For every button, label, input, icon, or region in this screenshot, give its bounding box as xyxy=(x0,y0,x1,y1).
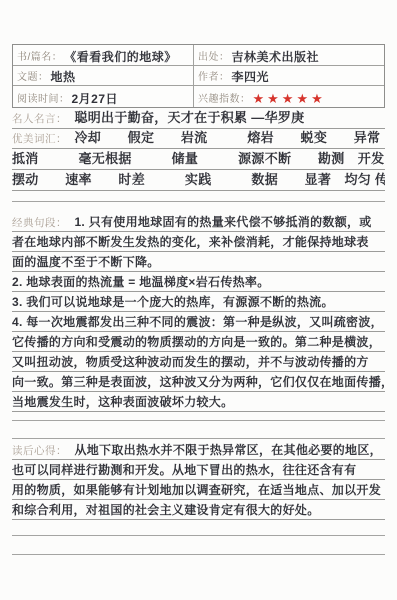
reflection-line: 读后心得： 从地下取出热水并不限于热异常区，在其他必要的地区， xyxy=(12,440,385,460)
interest-cell: 兴趣指数： ★★★★★ xyxy=(194,86,384,107)
ruled-line-empty xyxy=(12,516,385,536)
article-title-value: 地热 xyxy=(51,70,76,84)
reflection-text: 从地下取出热水并不限于热异常区，在其他必要的地区， xyxy=(74,443,382,457)
classic-line: 又叫扭动波，物质受这种波动而发生的摆动，并不与波动传播的方 xyxy=(12,352,385,372)
interest-stars: ★★★★★ xyxy=(253,92,326,106)
author-value: 李四光 xyxy=(232,70,270,84)
vocab-section: 优美词汇： 冷却 假定 岩流 熔岩 蜕变 异常 抵消 毫无根据 储量 源源不断 … xyxy=(12,128,385,191)
reflection-line: 用的物质，如果能够有计划地加以调查研究，在适当地点、加以开发 xyxy=(12,480,385,500)
book-title-value: 《看看我们的地球》 xyxy=(64,50,177,64)
classic-label: 经典句段： xyxy=(12,217,67,229)
quote-label: 名人名言： xyxy=(12,113,67,125)
read-date-label: 阅读时间： xyxy=(17,93,70,106)
classic-text: 向一致。第三种是表面波，这种波又分为两种，它们仅仅在地面传播， xyxy=(12,375,385,389)
classic-text: 面的温度不至于不断下降。 xyxy=(12,255,160,269)
reflection-section: 读后心得： 从地下取出热水并不限于热异常区，在其他必要的地区， 也可以同样进行勘… xyxy=(12,440,385,520)
quote-section: 名人名言： 聪明出于勤奋，天才在于积累 —华罗庚 xyxy=(12,108,385,129)
interest-label: 兴趣指数： xyxy=(198,93,251,106)
book-title-label: 书/篇名： xyxy=(17,51,62,64)
vocab-label: 优美词汇： xyxy=(12,133,67,145)
classic-text: 它传播的方向和受震动的物质摆动的方向是一致的。第二种是横波， xyxy=(12,335,381,349)
book-title-cell: 书/篇名： 《看看我们的地球》 xyxy=(13,45,194,66)
classic-line: 面的温度不至于不断下降。 xyxy=(12,252,385,272)
meta-table: 书/篇名： 《看看我们的地球》 出处： 吉林美术出版社 文题： 地热 作者： 李… xyxy=(12,44,385,108)
source-cell: 出处： 吉林美术出版社 xyxy=(194,45,384,66)
classic-text: 者在地球内部不断发生发热的变化，来补偿消耗，才能保持地球表 xyxy=(12,235,369,249)
ruled-line-empty xyxy=(12,188,385,202)
author-label: 作者： xyxy=(198,71,230,84)
ruled-line-empty xyxy=(12,420,385,439)
source-value: 吉林美术出版社 xyxy=(232,50,320,64)
classic-section: 经典句段： 1. 只有使用地球固有的热量来代偿不够抵消的数额，或 者在地球内部不… xyxy=(12,212,385,412)
article-title-label: 文题： xyxy=(17,71,49,84)
ruled-line-empty xyxy=(12,402,385,421)
classic-line: 经典句段： 1. 只有使用地球固有的热量来代偿不够抵消的数额，或 xyxy=(12,212,385,232)
reflection-text: 也可以同样进行勘测和开发。从地下冒出的热水，往往还含有有 xyxy=(12,463,356,477)
classic-text: 4. 每一次地震都发出三种不同的震波：第一种是纵波，又叫疏密波， xyxy=(12,315,383,329)
classic-text: 3. 我们可以说地球是一个庞大的热库，有源源不断的热流。 xyxy=(12,295,334,309)
classic-line: 者在地球内部不断发生发热的变化，来补偿消耗，才能保持地球表 xyxy=(12,232,385,252)
quote-text: 聪明出于勤奋，天才在于积累 —华罗庚 xyxy=(74,110,304,125)
vocab-words: 摆动 速率 时差 实践 数据 显著 均匀 传播 xyxy=(12,172,385,187)
read-date-cell: 阅读时间： 2月27日 xyxy=(13,86,194,107)
read-date-value: 2月27日 xyxy=(72,92,119,106)
vocab-words: 冷却 假定 岩流 熔岩 蜕变 异常 xyxy=(74,130,380,145)
classic-line: 向一致。第三种是表面波，这种波又分为两种，它们仅仅在地面传播， xyxy=(12,372,385,392)
vocab-line: 优美词汇： 冷却 假定 岩流 熔岩 蜕变 异常 xyxy=(12,128,385,149)
ruled-line-empty xyxy=(12,535,385,555)
reading-note-sheet: 书/篇名： 《看看我们的地球》 出处： 吉林美术出版社 文题： 地热 作者： 李… xyxy=(0,0,397,600)
vocab-line: 抵消 毫无根据 储量 源源不断 勘测 开发 xyxy=(12,149,385,170)
classic-text: 1. 只有使用地球固有的热量来代偿不够抵消的数额，或 xyxy=(74,215,371,229)
vocab-words: 抵消 毫无根据 储量 源源不断 勘测 开发 xyxy=(12,151,384,166)
source-label: 出处： xyxy=(198,51,230,64)
reflection-text: 和综合利用，对祖国的社会主义建设肯定有很大的好处。 xyxy=(12,503,320,517)
classic-text: 2. 地球表面的热流量 = 地温梯度×岩石传热率。 xyxy=(12,275,270,289)
classic-line: 4. 每一次地震都发出三种不同的震波：第一种是纵波，又叫疏密波， xyxy=(12,312,385,332)
quote-line: 名人名言： 聪明出于勤奋，天才在于积累 —华罗庚 xyxy=(12,108,385,129)
classic-line: 2. 地球表面的热流量 = 地温梯度×岩石传热率。 xyxy=(12,272,385,292)
article-title-cell: 文题： 地热 xyxy=(13,66,194,87)
reflection-text: 用的物质，如果能够有计划地加以调查研究，在适当地点、加以开发 xyxy=(12,483,381,497)
author-cell: 作者： 李四光 xyxy=(194,66,384,87)
classic-line: 3. 我们可以说地球是一个庞大的热库，有源源不断的热流。 xyxy=(12,292,385,312)
reflection-label: 读后心得： xyxy=(12,445,67,457)
reflection-line: 也可以同样进行勘测和开发。从地下冒出的热水，往往还含有有 xyxy=(12,460,385,480)
classic-text: 又叫扭动波，物质受这种波动而发生的摆动，并不与波动传播的方 xyxy=(12,355,369,369)
classic-line: 它传播的方向和受震动的物质摆动的方向是一致的。第二种是横波， xyxy=(12,332,385,352)
